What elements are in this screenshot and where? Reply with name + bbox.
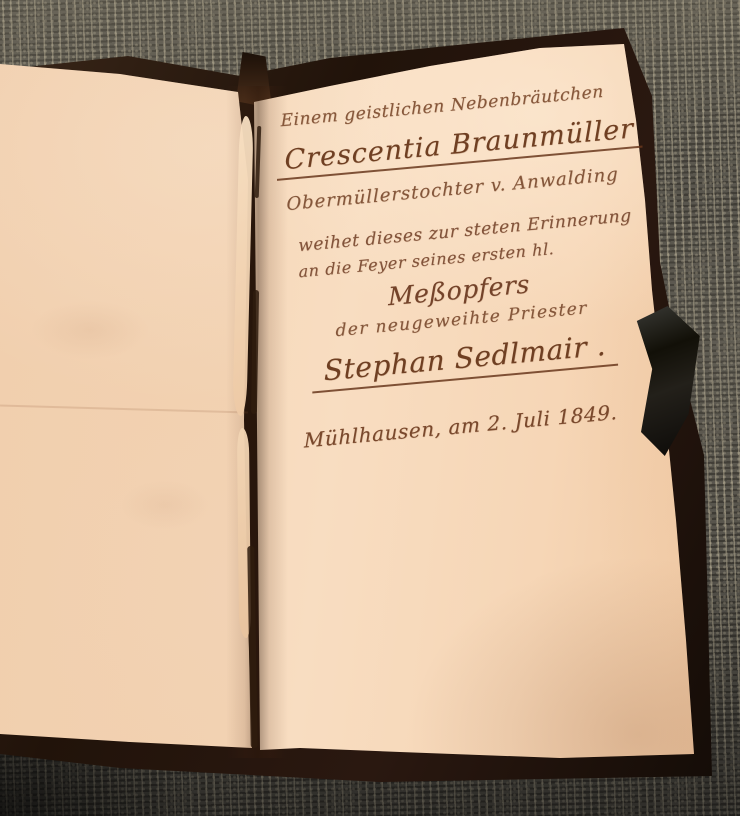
handwritten-inscription: Einem geistlichen Nebenbräutchen Crescen… (272, 81, 642, 452)
photo-scene: Einem geistlichen Nebenbräutchen Crescen… (0, 0, 740, 816)
open-book: Einem geistlichen Nebenbräutchen Crescen… (0, 0, 740, 816)
